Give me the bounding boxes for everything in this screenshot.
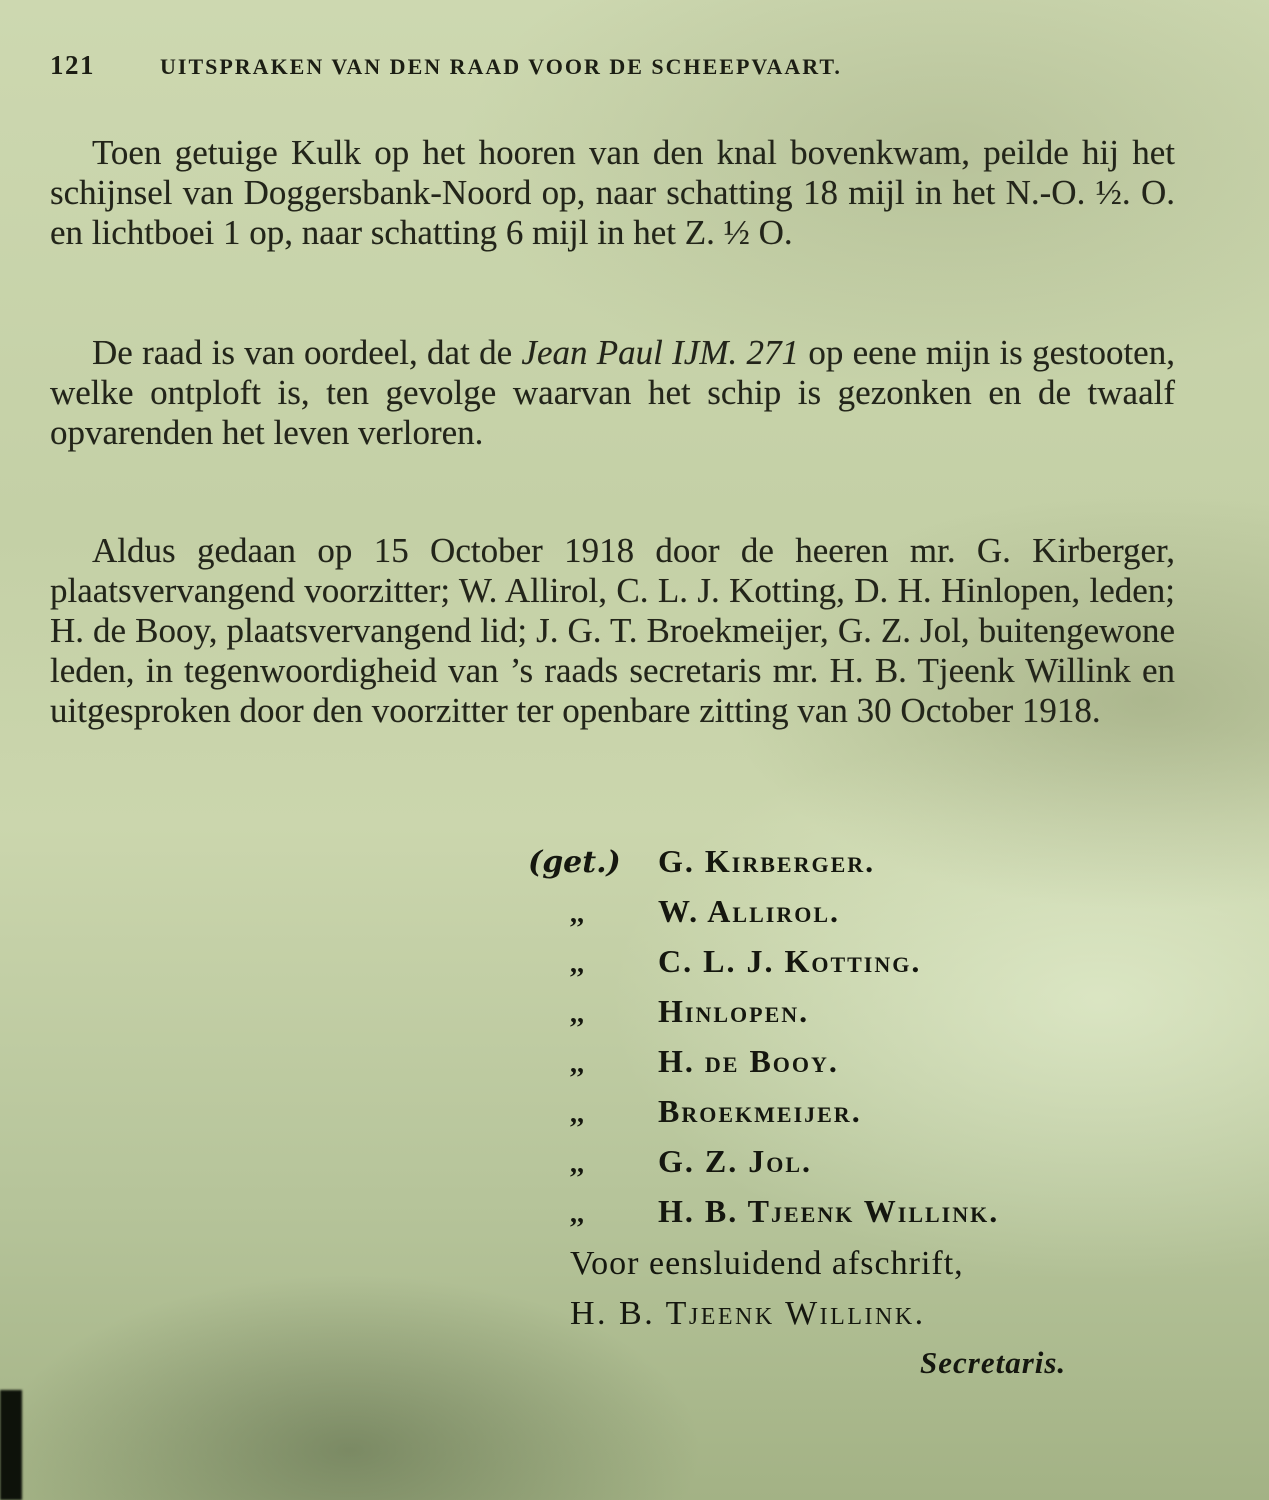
ditto-mark: ,, (528, 948, 658, 980)
verdict-text-before: De raad is van oordeel, dat de (92, 333, 521, 372)
signature-row: ,, H. de Booy. (528, 1043, 999, 1093)
signature-row: ,, G. Z. Jol. (528, 1143, 999, 1193)
page-header: 121 Uitspraken van den Raad voor de Sche… (50, 50, 842, 81)
ditto-mark: ,, (528, 1148, 658, 1180)
signed-prefix: (get.) (528, 845, 658, 880)
signatory-name: Hinlopen. (658, 993, 809, 1030)
attestation-role: Secretaris. (570, 1345, 1066, 1395)
signature-block: (get.) G. Kirberger. ,, W. Allirol. ,, C… (528, 843, 999, 1243)
signature-row: ,, Hinlopen. (528, 993, 999, 1043)
ditto-mark: ,, (528, 1098, 658, 1130)
attestation-name: H. B. Tjeenk Willink. (570, 1295, 1066, 1345)
signature-row: ,, H. B. Tjeenk Willink. (528, 1193, 999, 1243)
signatory-name: H. B. Tjeenk Willink. (658, 1193, 999, 1230)
signature-row: ,, C. L. J. Kotting. (528, 943, 999, 993)
signatory-name: Broekmeijer. (658, 1093, 862, 1130)
ship-name: Jean Paul IJM. 271 (521, 333, 799, 372)
signatory-name: G. Z. Jol. (658, 1143, 812, 1180)
ditto-mark: ,, (528, 998, 658, 1030)
page-number: 121 (50, 50, 160, 81)
attestation-line: Voor eensluidend afschrift, (570, 1245, 1066, 1295)
signature-row: ,, W. Allirol. (528, 893, 999, 943)
ditto-mark: ,, (528, 898, 658, 930)
signatory-name: G. Kirberger. (658, 843, 875, 880)
ditto-mark: ,, (528, 1048, 658, 1080)
signatory-name: W. Allirol. (658, 893, 840, 930)
paragraph-witness-bearing: Toen getuige Kulk op het hooren van den … (50, 133, 1175, 253)
paragraph-verdict: De raad is van oordeel, dat de Jean Paul… (50, 333, 1175, 453)
signature-row: ,, Broekmeijer. (528, 1093, 999, 1143)
page-edge-shadow (0, 1390, 22, 1500)
signatory-name: C. L. J. Kotting. (658, 943, 921, 980)
ditto-mark: ,, (528, 1198, 658, 1230)
attestation-block: Voor eensluidend afschrift, H. B. Tjeenk… (570, 1245, 1066, 1395)
paragraph-proceedings: Aldus gedaan op 15 October 1918 door de … (50, 531, 1175, 731)
signatory-name: H. de Booy. (658, 1043, 839, 1080)
signature-row: (get.) G. Kirberger. (528, 843, 999, 893)
running-title: Uitspraken van den Raad voor de Scheepva… (160, 54, 842, 80)
